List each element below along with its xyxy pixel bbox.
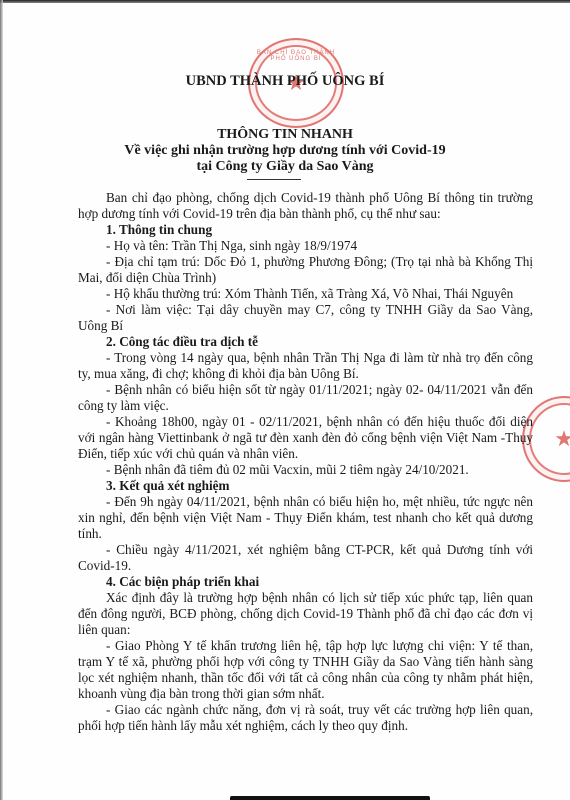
list-item: - Giao Phòng Y tế khẩn trương liên hệ, t…: [78, 638, 533, 702]
list-item: - Hộ khẩu thường trú: Xóm Thành Tiến, xã…: [78, 286, 533, 302]
list-item: - Đến 9h ngày 04/11/2021, bệnh nhân có b…: [78, 494, 533, 542]
issuing-organization: UBND THÀNH PHỐ UÔNG BÍ: [0, 73, 570, 90]
national-emblem-icon: ★: [554, 426, 570, 452]
document-page: BAN CHỈ ĐẠO THÀNH PHỐ UÔNG BÍ ★ ★ UBND T…: [0, 0, 570, 800]
list-item: - Nơi làm việc: Tại dây chuyền may C7, c…: [78, 302, 533, 334]
list-item: - Trong vòng 14 ngày qua, bệnh nhân Trần…: [78, 350, 533, 382]
list-item: - Bệnh nhân đã tiêm đủ 02 mũi Vacxin, mũ…: [78, 462, 533, 478]
document-type-title: THÔNG TIN NHANH: [0, 127, 570, 143]
section-heading-measures: 4. Các biện pháp triển khai: [78, 574, 533, 590]
seal-text: BAN CHỈ ĐẠO THÀNH PHỐ UÔNG BÍ: [250, 50, 342, 62]
intro-paragraph: Ban chỉ đạo phòng, chống dịch Covid-19 t…: [78, 190, 533, 222]
list-item: - Khoảng 18h00, ngày 01 - 02/11/2021, bệ…: [78, 414, 533, 462]
list-item: - Họ và tên: Trần Thị Nga, sinh ngày 18/…: [78, 238, 533, 254]
scan-edge-left: [0, 0, 3, 800]
document-body: Ban chỉ đạo phòng, chống dịch Covid-19 t…: [78, 190, 533, 734]
document-subject-line-2: tại Công ty Giầy da Sao Vàng: [0, 159, 570, 175]
section-heading-epidemiology: 2. Công tác điều tra dịch tễ: [78, 334, 533, 350]
section-heading-general-info: 1. Thông tin chung: [78, 222, 533, 238]
title-underline: [247, 179, 301, 180]
document-subject-line-1: Về việc ghi nhận trường hợp dương tính v…: [0, 143, 570, 159]
scan-edge-bottom: [230, 796, 430, 800]
list-item: - Bệnh nhân có biểu hiện sốt từ ngày 01/…: [78, 382, 533, 414]
list-item: - Giao các ngành chức năng, đơn vị rà so…: [78, 702, 533, 734]
scan-edge-top: [0, 0, 570, 3]
list-item: - Địa chỉ tạm trú: Dốc Đỏ 1, phường Phươ…: [78, 254, 533, 286]
list-item: Xác định đây là trường hợp bệnh nhân có …: [78, 590, 533, 638]
list-item: - Chiều ngày 4/11/2021, xét nghiệm bằng …: [78, 542, 533, 574]
section-heading-test-results: 3. Kết quả xét nghiệm: [78, 478, 533, 494]
